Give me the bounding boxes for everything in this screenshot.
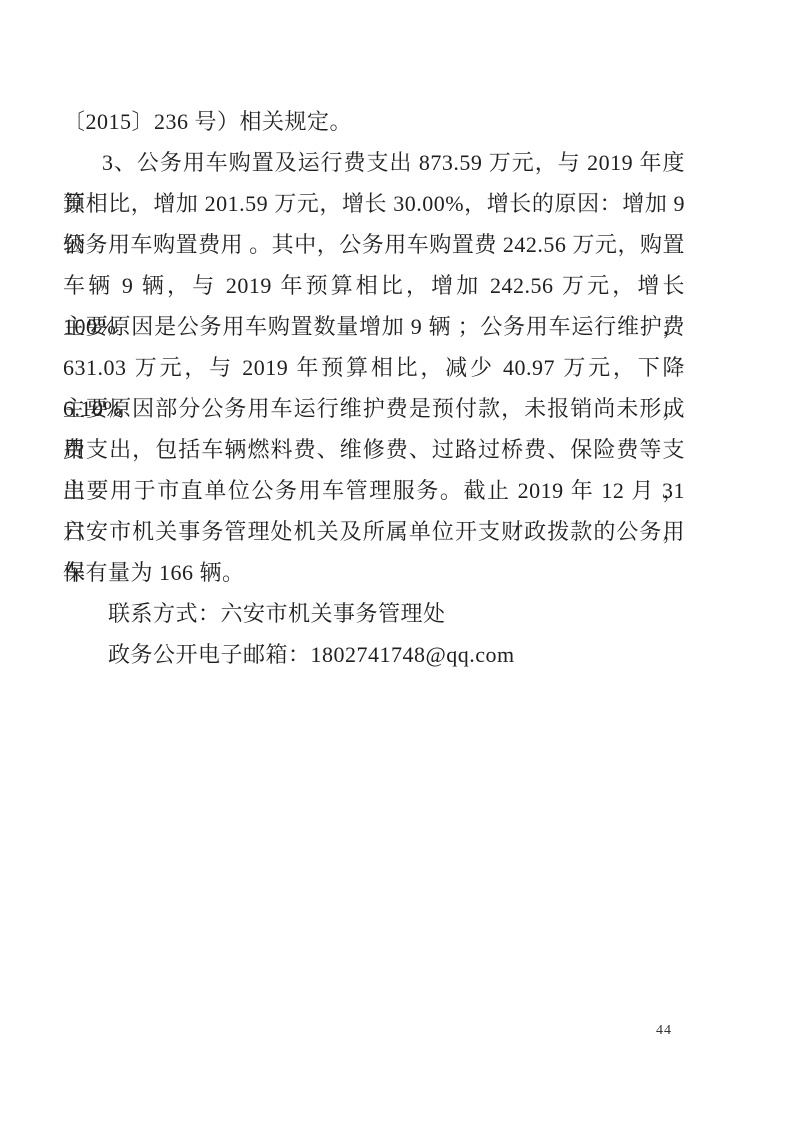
text-line: 〔2015〕236 号）相关规定。 — [63, 101, 685, 142]
document-body: 〔2015〕236 号）相关规定。 3、公务用车购置及运行费支出 873.59 … — [63, 101, 685, 675]
text-line: 主要用于市直单位公务用车管理服务。截止 2019 年 12 月 31 日， — [63, 470, 685, 511]
contact-line: 联系方式：六安市机关事务管理处 — [63, 593, 685, 634]
text-line: 主要原因是公务用车购置数量增加 9 辆 ；公务用车运行维护费 — [63, 306, 685, 347]
page-number: 44 — [656, 1022, 672, 1040]
text-line: 主要原因部分公务用车运行维护费是预付款，未报销尚未形成费 — [63, 388, 685, 429]
text-line: 3、公务用车购置及运行费支出 873.59 万元，与 2019 年度预 — [63, 142, 685, 183]
email-line: 政务公开电子邮箱：1802741748@qq.com — [63, 634, 685, 675]
text-line: 算相比，增加 201.59 万元，增长 30.00%，增长的原因：增加 9 辆 — [63, 183, 685, 224]
document-page: 〔2015〕236 号）相关规定。 3、公务用车购置及运行费支出 873.59 … — [0, 0, 793, 1122]
text-line: 用支出，包括车辆燃料费、维修费、过路过桥费、保险费等支出， — [63, 429, 685, 470]
text-line: 公务用车购置费用 。其中，公务用车购置费 242.56 万元，购置 — [63, 224, 685, 265]
text-line: 保有量为 166 辆。 — [63, 552, 685, 593]
text-line: 车辆 9 辆，与 2019 年预算相比，增加 242.56 万元，增长 100%… — [63, 265, 685, 306]
text-line: 631.03 万元，与 2019 年预算相比，减少 40.97 万元，下降 6.… — [63, 347, 685, 388]
text-line: 六安市机关事务管理处机关及所属单位开支财政拨款的公务用车 — [63, 511, 685, 552]
